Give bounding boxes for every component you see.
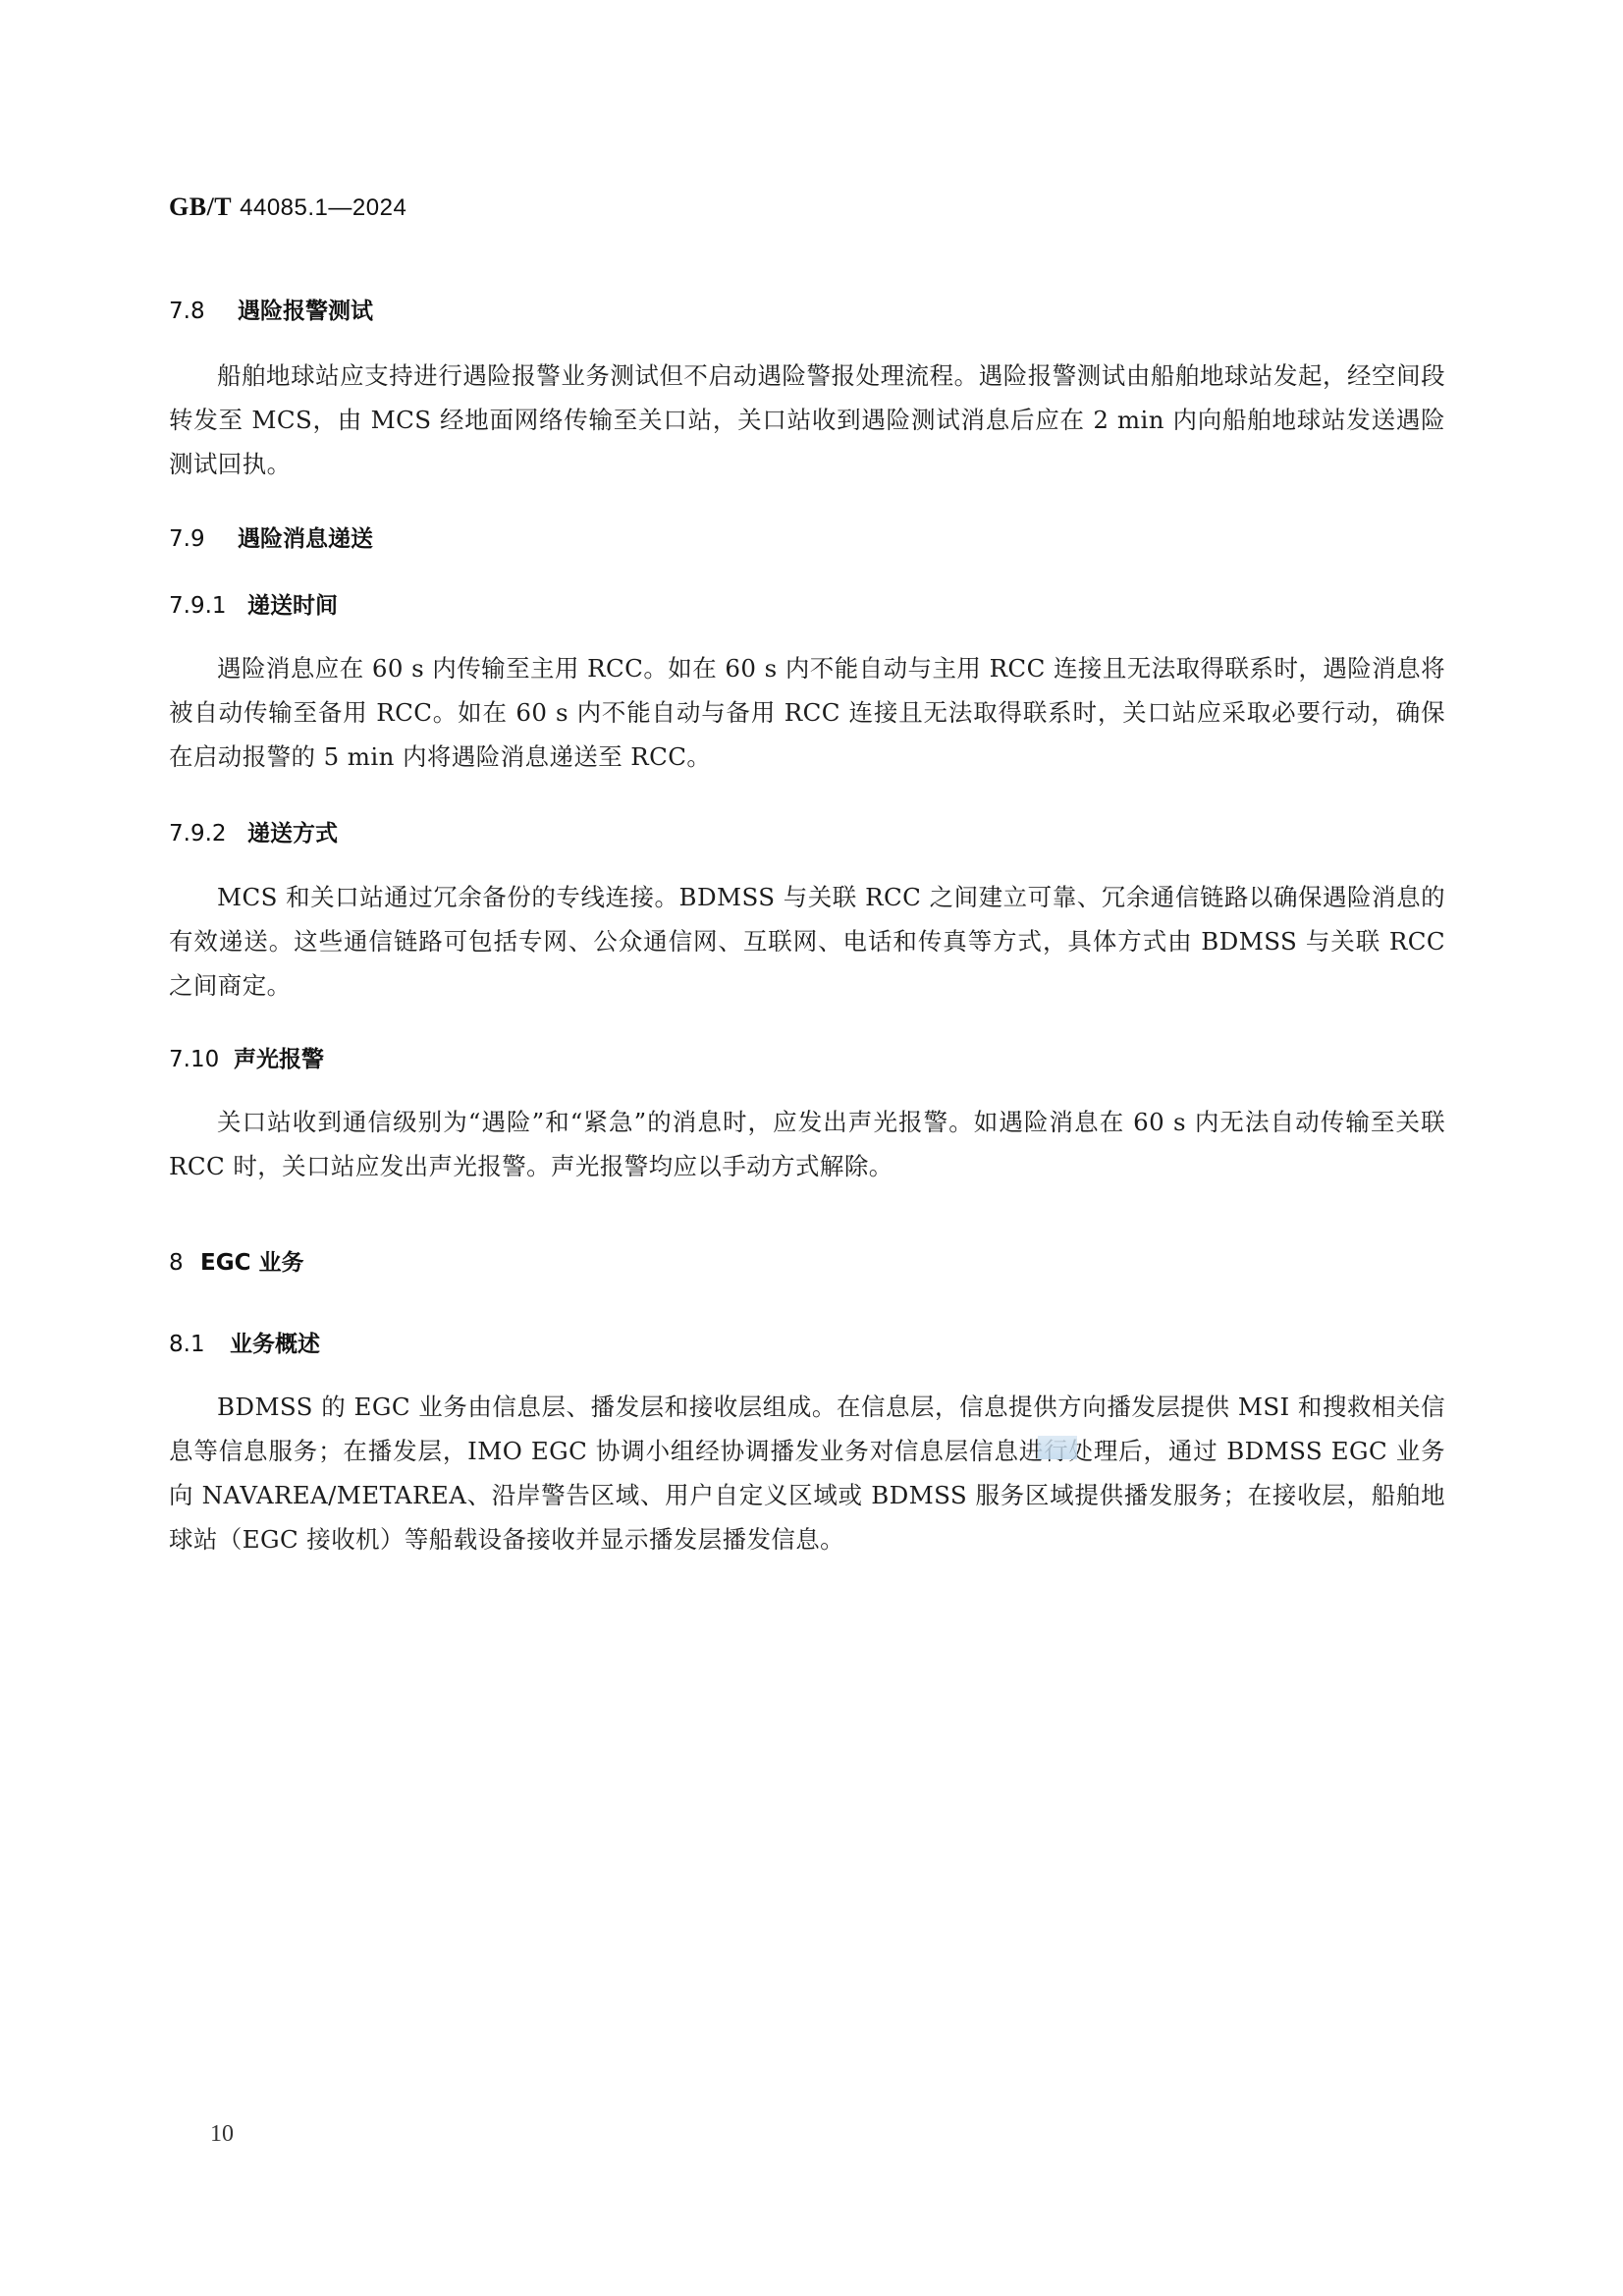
- section-heading-7-10: 7.10声光报警: [169, 1041, 324, 1073]
- section-heading-7-9: 7.9遇险消息递送: [169, 520, 373, 553]
- section-title: 遇险报警测试: [238, 293, 373, 325]
- paragraph-7-8: 船舶地球站应支持进行遇险报警业务测试但不启动遇险警报处理流程。遇险报警测试由船舶…: [169, 354, 1445, 486]
- standard-prefix: GB/T: [169, 192, 232, 221]
- section-heading-8-1: 8.1业务概述: [169, 1326, 320, 1358]
- section-title: EGC 业务: [200, 1244, 303, 1277]
- section-title: 声光报警: [234, 1041, 324, 1073]
- section-heading-7-9-1: 7.9.1递送时间: [169, 587, 338, 620]
- section-heading-7-8: 7.8遇险报警测试: [169, 293, 373, 325]
- section-title: 业务概述: [230, 1326, 320, 1358]
- paragraph-8-1: BDMSS 的 EGC 业务由信息层、播发层和接收层组成。在信息层，信息提供方向…: [169, 1385, 1445, 1561]
- page-number: 10: [210, 2121, 234, 2148]
- section-title: 递送时间: [247, 587, 338, 620]
- section-number: 7.9: [169, 526, 238, 552]
- paragraph-7-10: 关口站收到通信级别为“遇险”和“紧急”的消息时，应发出声光报警。如遇险消息在 6…: [169, 1100, 1445, 1188]
- paragraph-7-9-2: MCS 和关口站通过冗余备份的专线连接。BDMSS 与关联 RCC 之间建立可靠…: [169, 875, 1445, 1008]
- section-title: 遇险消息递送: [238, 520, 373, 553]
- section-number: 7.8: [169, 299, 238, 324]
- standard-code: GB/T44085.1—2024: [169, 192, 406, 222]
- section-number: 8.1: [169, 1332, 230, 1357]
- section-number: 7.9.2: [169, 821, 247, 847]
- section-title: 递送方式: [247, 815, 338, 847]
- document-page: GB/T44085.1—2024 7.8遇险报警测试 船舶地球站应支持进行遇险报…: [0, 0, 1623, 2296]
- paragraph-7-9-1: 遇险消息应在 60 s 内传输至主用 RCC。如在 60 s 内不能自动与主用 …: [169, 646, 1445, 779]
- standard-number: 44085.1—2024: [240, 194, 406, 221]
- section-heading-7-9-2: 7.9.2递送方式: [169, 815, 338, 847]
- section-number: 7.10: [169, 1047, 234, 1072]
- section-heading-8: 8EGC 业务: [169, 1244, 303, 1277]
- watermark-logo-icon: [1038, 1436, 1077, 1459]
- section-number: 7.9.1: [169, 593, 247, 619]
- section-number: 8: [169, 1250, 200, 1276]
